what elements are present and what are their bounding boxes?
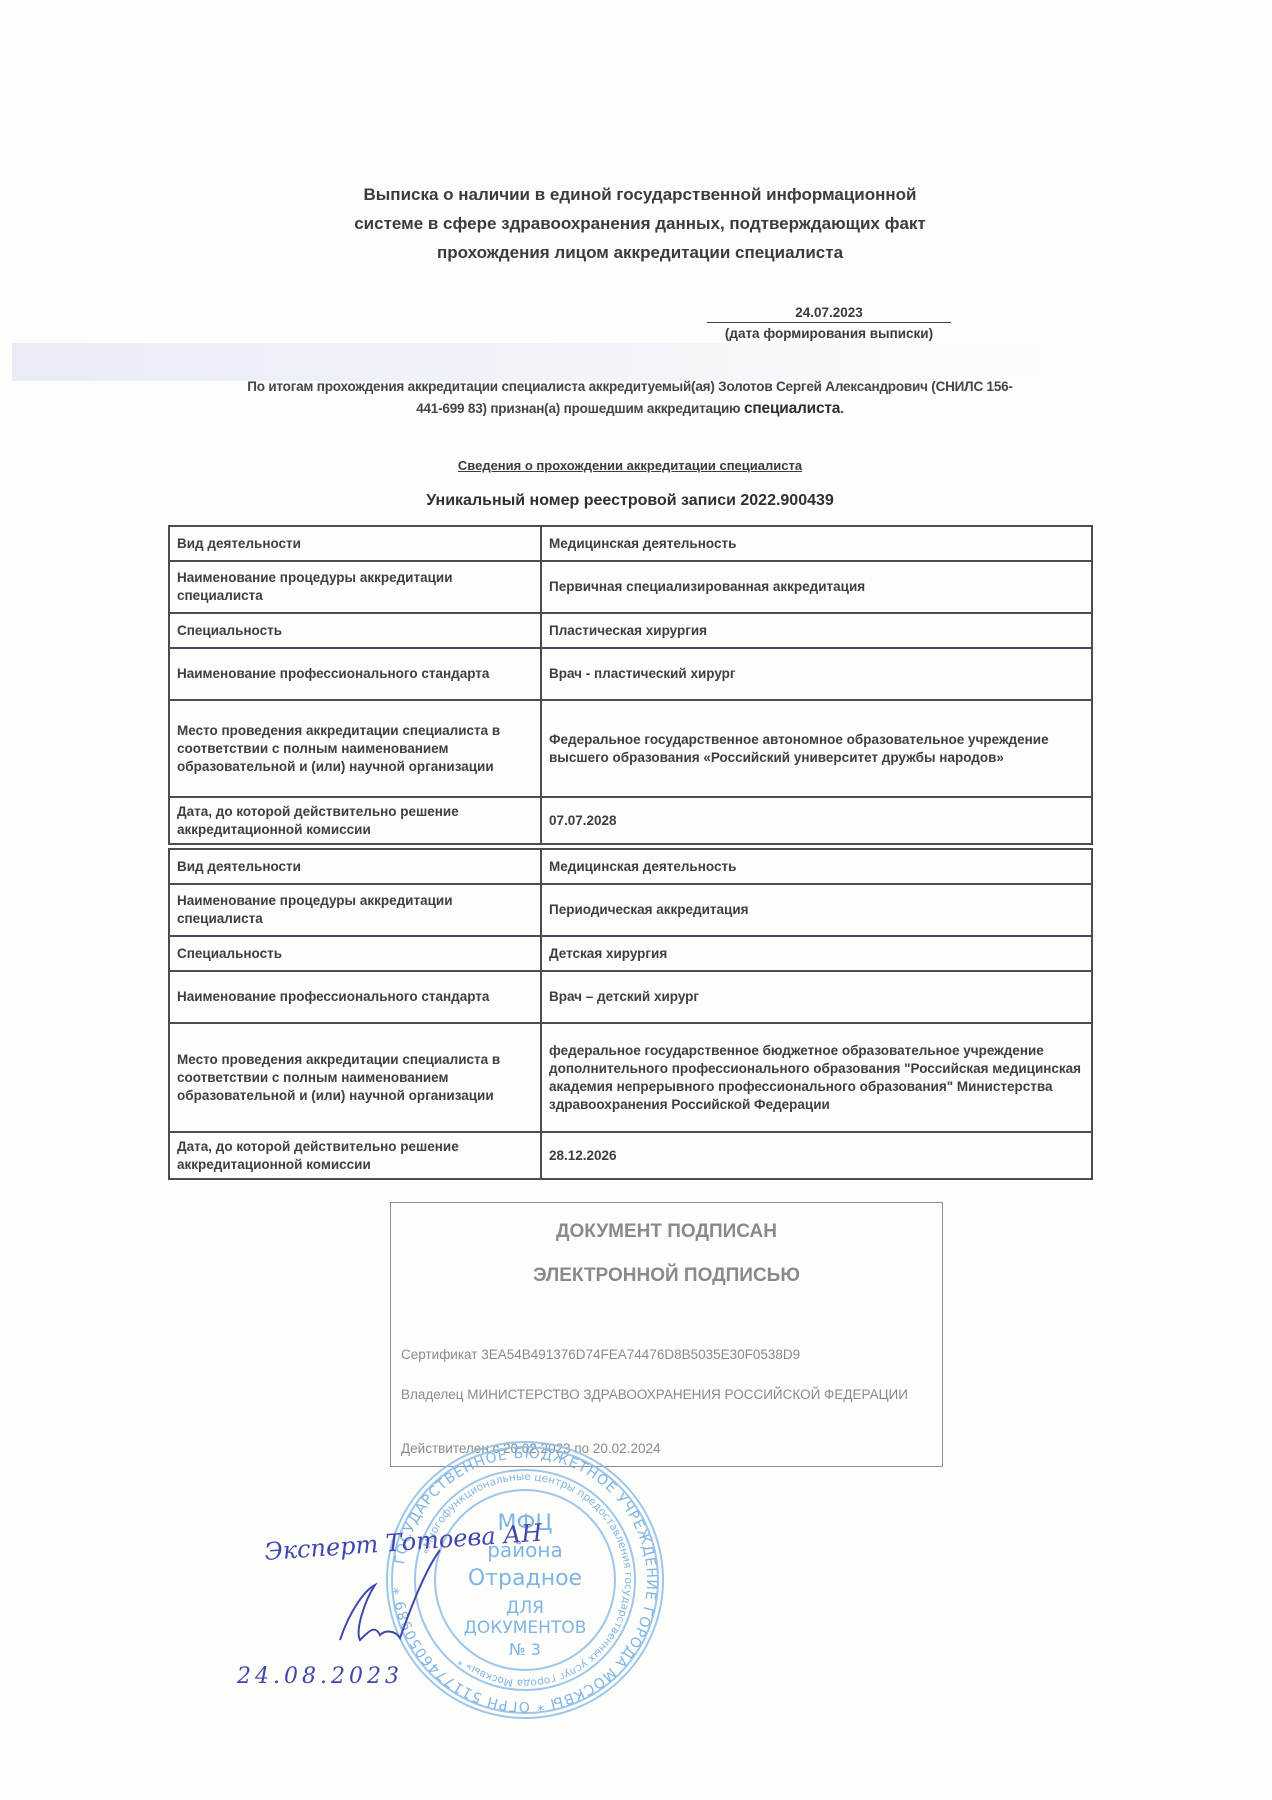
row-label: Вид деятельности: [169, 526, 541, 561]
row-label: Наименование профессионального стандарта: [169, 971, 541, 1023]
table-row: Наименование процедуры аккредитации спец…: [169, 561, 1092, 613]
intro-line-2: 441-699 83) признан(а) прошедшим аккреди…: [170, 398, 1090, 420]
handwritten-date: 24.08.2023: [236, 1664, 403, 1689]
row-value: федеральное государственное бюджетное об…: [541, 1023, 1092, 1132]
issue-date: 24.07.2023: [707, 305, 951, 323]
signature-heading-2: ЭЛЕКТРОННОЙ ПОДПИСЬЮ: [391, 1265, 942, 1287]
table-row: Наименование профессионального стандарта…: [169, 971, 1092, 1023]
title-line: системе в сфере здравоохранения данных, …: [200, 209, 1080, 238]
row-value: Медицинская деятельность: [541, 526, 1092, 561]
row-value: Первичная специализированная аккредитаци…: [541, 561, 1092, 613]
intro-paragraph: По итогам прохождения аккредитации специ…: [170, 376, 1090, 420]
table-row: Дата, до которой действительно решение а…: [169, 797, 1092, 844]
registry-number: Уникальный номер реестровой записи 2022.…: [330, 492, 930, 510]
row-label: Специальность: [169, 613, 541, 648]
accreditation-table-2: Вид деятельностиМедицинская деятельность…: [168, 848, 1093, 1180]
accreditation-table-1: Вид деятельностиМедицинская деятельность…: [168, 525, 1093, 845]
row-label: Место проведения аккредитации специалист…: [169, 1023, 541, 1132]
intro-line: По итогам прохождения аккредитации специ…: [170, 376, 1090, 398]
intro-strong: специалиста: [744, 400, 840, 417]
issue-date-caption: (дата формирования выписки): [707, 326, 951, 341]
title-line: прохождения лицом аккредитации специалис…: [200, 238, 1080, 267]
certificate-owner: Владелец МИНИСТЕРСТВО ЗДРАВООХРАНЕНИЯ РО…: [401, 1386, 921, 1403]
row-label: Вид деятельности: [169, 849, 541, 884]
table-row: Место проведения аккредитации специалист…: [169, 700, 1092, 797]
row-label: Место проведения аккредитации специалист…: [169, 700, 541, 797]
intro-text: 441-699 83) признан(а) прошедшим аккреди…: [416, 401, 744, 416]
section-heading: Сведения о прохождении аккредитации спец…: [380, 458, 880, 473]
document-title: Выписка о наличии в единой государственн…: [200, 180, 1080, 267]
row-label: Дата, до которой действительно решение а…: [169, 797, 541, 844]
electronic-signature-box: ДОКУМЕНТ ПОДПИСАН ЭЛЕКТРОННОЙ ПОДПИСЬЮ С…: [390, 1202, 943, 1467]
row-value: Детская хирургия: [541, 936, 1092, 971]
row-value: Медицинская деятельность: [541, 849, 1092, 884]
row-label: Наименование процедуры аккредитации спец…: [169, 561, 541, 613]
handwritten-note: Эксперт Тотоева АН: [263, 1519, 544, 1566]
row-value: Врач - пластический хирург: [541, 648, 1092, 700]
issue-date-block: 24.07.2023 (дата формирования выписки): [707, 305, 951, 341]
table-row: СпециальностьДетская хирургия: [169, 936, 1092, 971]
row-label: Наименование профессионального стандарта: [169, 648, 541, 700]
table-row: Наименование процедуры аккредитации спец…: [169, 884, 1092, 936]
certificate-number: Сертификат 3EA54B491376D74FEA74476D8B503…: [401, 1347, 800, 1362]
row-value: 28.12.2026: [541, 1132, 1092, 1179]
row-label: Наименование процедуры аккредитации спец…: [169, 884, 541, 936]
table-row: СпециальностьПластическая хирургия: [169, 613, 1092, 648]
row-value: 07.07.2028: [541, 797, 1092, 844]
row-value: Врач – детский хирург: [541, 971, 1092, 1023]
row-value: Периодическая аккредитация: [541, 884, 1092, 936]
row-value: Федеральное государственное автономное о…: [541, 700, 1092, 797]
row-value: Пластическая хирургия: [541, 613, 1092, 648]
row-label: Дата, до которой действительно решение а…: [169, 1132, 541, 1179]
table-row: Дата, до которой действительно решение а…: [169, 1132, 1092, 1179]
row-label: Специальность: [169, 936, 541, 971]
intro-end: .: [840, 401, 844, 416]
title-line: Выписка о наличии в единой государственн…: [200, 180, 1080, 209]
table-row: Вид деятельностиМедицинская деятельность: [169, 849, 1092, 884]
table-row: Место проведения аккредитации специалист…: [169, 1023, 1092, 1132]
handwritten-annotation: Эксперт Тотоева АН 24.08.2023: [225, 1490, 625, 1700]
signature-scribble-icon: [340, 1550, 440, 1640]
signature-heading: ДОКУМЕНТ ПОДПИСАН: [391, 1221, 942, 1243]
table-row: Наименование профессионального стандарта…: [169, 648, 1092, 700]
table-row: Вид деятельностиМедицинская деятельность: [169, 526, 1092, 561]
